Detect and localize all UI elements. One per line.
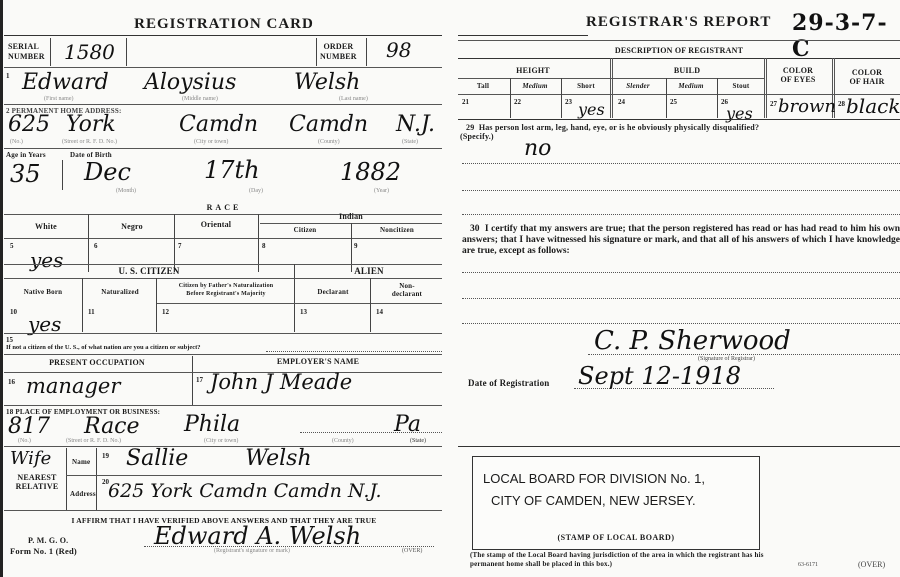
- serial-label: SERIALNUMBER: [8, 42, 45, 62]
- home-address-state: N.J.: [396, 112, 435, 137]
- occupation-value: manager: [26, 374, 120, 398]
- home-address-city: Camdn: [179, 112, 258, 137]
- order-label: ORDERNUMBER: [320, 42, 357, 62]
- disqualification-value: no: [524, 136, 551, 161]
- certification-text: 30 I certify that my answers are true; t…: [462, 224, 900, 257]
- alien-title: ALIEN: [296, 266, 442, 276]
- description-title: DESCRIPTION OF REGISTRANT: [458, 46, 900, 55]
- local-board-stamp: LOCAL BOARD FOR DIVISION No. 1, CITY OF …: [472, 456, 760, 550]
- registrar-signature: C. P. Sherwood: [594, 326, 791, 356]
- employment-no: 817: [8, 414, 50, 439]
- us-citizen-title: U. S. CITIZEN: [4, 266, 294, 276]
- date-of-registration-label: Date of Registration: [468, 378, 549, 388]
- scan-edge: [0, 0, 3, 577]
- age-value: 35: [10, 160, 41, 188]
- relative-address: 625 York Camdn Camdn N.J.: [108, 480, 382, 502]
- hair-color-value: black: [846, 94, 900, 118]
- birth-month: Dec: [84, 158, 131, 186]
- middle-name: Aloysius: [144, 70, 236, 95]
- date-of-registration-value: Sept 12-1918: [578, 362, 741, 390]
- employment-state: Pa: [394, 412, 421, 437]
- eye-color-value: brown: [778, 96, 836, 117]
- height-short-value: yes: [578, 100, 605, 119]
- home-address-no: 625: [8, 112, 50, 137]
- race-title: RACE: [4, 203, 444, 212]
- employment-city: Phila: [184, 412, 240, 437]
- employment-street: Race: [84, 414, 140, 439]
- first-name: Edward: [22, 70, 109, 95]
- order-number: 98: [386, 38, 411, 62]
- home-address-street: York: [66, 112, 116, 137]
- serial-number: 1580: [64, 40, 115, 64]
- build-stout-value: yes: [726, 104, 753, 123]
- stamp-note: (The stamp of the Local Board having jur…: [470, 551, 770, 569]
- last-name: Welsh: [294, 70, 360, 95]
- relative-name: Sallie Welsh: [126, 446, 312, 471]
- registrars-report: REGISTRAR'S REPORT 29-3-7-C DESCRIPTION …: [458, 0, 900, 577]
- employer-value: John J Meade: [210, 370, 352, 394]
- registration-card: REGISTRATION CARD SERIALNUMBER 1580 ORDE…: [4, 0, 444, 577]
- report-title: REGISTRAR'S REPORT: [586, 14, 771, 31]
- home-address-county: Camdn: [289, 112, 368, 137]
- birth-day: 17th: [204, 156, 260, 184]
- birth-year: 1882: [340, 158, 401, 186]
- relative-relation: Wife: [10, 448, 51, 469]
- card-title: REGISTRATION CARD: [4, 16, 444, 33]
